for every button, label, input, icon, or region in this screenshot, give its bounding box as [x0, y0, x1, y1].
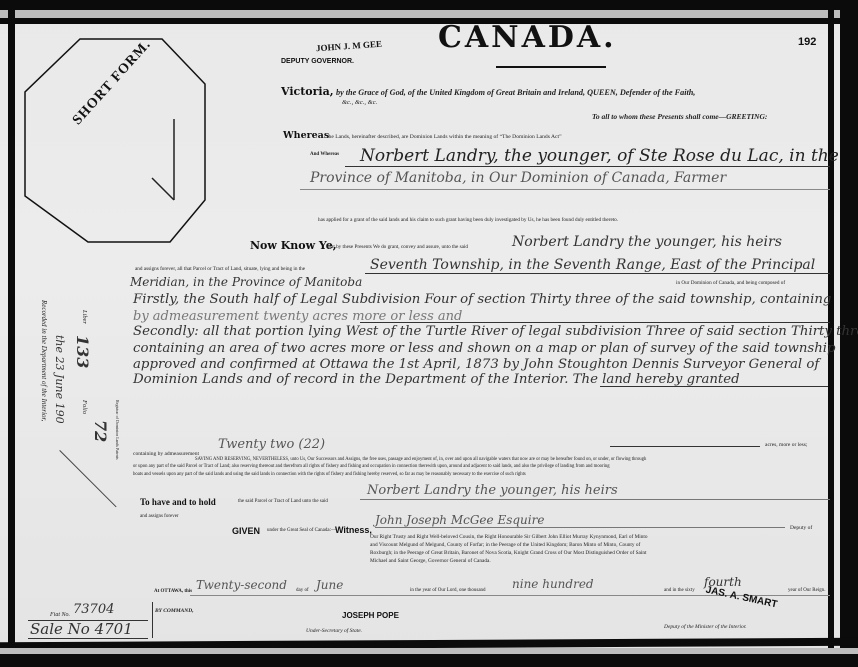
title-ornament — [496, 66, 606, 68]
whereas-heading: Whereas — [283, 130, 329, 141]
bottom-border-outer — [0, 654, 858, 667]
now-know-ye-grantee: Norbert Landry the younger, his heirs — [512, 234, 782, 250]
year-value: nine hundred — [512, 577, 594, 591]
victoria-heading: Victoria, — [281, 85, 334, 98]
description-line: containing an area of two acres more or … — [133, 341, 836, 356]
at-ottawa-label: At OTTAWA, this — [154, 589, 192, 594]
document-title: CANADA. — [438, 20, 617, 55]
description-line: approved and confirmed at Ottawa the 1st… — [133, 357, 819, 372]
dominion-text: in Our Dominion of Canada, and being com… — [676, 280, 785, 286]
location-line-2: Meridian, in the Province of Manitoba — [130, 275, 362, 289]
secretary-title: Under-Secretary of State. — [306, 628, 362, 634]
description-line: Dominion Lands and of record in the Depa… — [133, 372, 740, 387]
reign-suffix: year of Our Reign. — [788, 588, 826, 593]
containing-suffix: acres, more or less; — [765, 442, 807, 448]
containing-label: containing by admeasurement — [133, 451, 199, 457]
now-know-ye-heading: Now Know Ye, — [250, 239, 337, 252]
and-whereas-label: And Whereas — [310, 152, 339, 157]
description-rule — [360, 322, 830, 323]
deputy-of-label: Deputy of — [790, 525, 812, 531]
diagonal-line — [59, 450, 116, 507]
description-line: Firstly, the South half of Legal Subdivi… — [133, 292, 831, 307]
left-border — [8, 0, 15, 667]
secretary-name: JOSEPH POPE — [342, 611, 399, 620]
witness-label: Witness, — [335, 525, 372, 535]
to-have-heading: To have and to hold — [140, 497, 216, 507]
preamble-etc: &c., &c., &c. — [342, 99, 377, 106]
grantee-line-1: Norbert Landry, the younger, of Ste Rose… — [360, 146, 839, 166]
top-border-strip — [0, 10, 858, 18]
greeting-line: To all to whom these Presents shall come… — [592, 112, 767, 121]
witness-rule — [375, 527, 785, 528]
preamble-line: by the Grace of God, of the United Kingd… — [336, 88, 695, 97]
location-line-1: Seventh Township, in the Seventh Range, … — [370, 257, 815, 273]
saving-line: SAVING AND RESERVING, NEVERTHELESS, unto… — [195, 457, 646, 462]
whereas-text: the Lands, hereinafter described, are Do… — [327, 134, 562, 140]
liber-value: 133 — [73, 335, 92, 368]
assigns-text: and assigns forever, all that Parcel or … — [135, 266, 305, 272]
recorded-label: Recorded in the Department of the Interi… — [40, 300, 48, 421]
location-rule-1 — [365, 273, 830, 274]
top-border-inner — [0, 18, 858, 24]
given-heading: GIVEN — [232, 526, 260, 536]
page-number: 192 — [798, 36, 816, 48]
fiat-label: Fiat No. — [50, 612, 70, 618]
day-value: Twenty-second — [196, 578, 287, 592]
saving-line: boats and vessels upon any part of the s… — [133, 472, 526, 477]
by-command-label: BY COMMAND, — [155, 608, 194, 614]
applied-text: has applied for a grant of the said land… — [318, 217, 618, 223]
patent-document: SHORT FORM. JOHN J. M GEE DEPUTY GOVERNO… — [0, 0, 858, 667]
reign-text: and in the sixty — [664, 588, 695, 593]
given-text: under the Great Seal of Canada:— — [267, 528, 336, 533]
liber-label: Liber — [81, 310, 88, 324]
registrar-label: Registrar of Dominion Lands Patents — [115, 400, 120, 460]
to-have-rule — [360, 499, 830, 500]
now-know-ye-text: that by these Presents We do grant, conv… — [327, 244, 468, 250]
year-text: in the year of Our Lord, one thousand — [410, 588, 486, 593]
day-of-label: day of — [296, 588, 309, 593]
description-line: Secondly: all that portion lying West of… — [133, 324, 858, 339]
footer-bracket — [148, 602, 153, 638]
deputy-minister-title: Deputy of the Minister of the Interior. — [664, 624, 747, 630]
saving-line: or upon any part of the said Parcel or T… — [133, 464, 610, 469]
folio-value: 72 — [91, 420, 110, 442]
witness-name: John Joseph McGee Esquire — [375, 513, 544, 527]
governor-line: Michael and Saint George, Governor Gener… — [370, 558, 491, 564]
grantee-rule-2 — [300, 189, 830, 190]
governor-line: Our Right Trusty and Right Well-beloved … — [370, 534, 648, 540]
governor-line: and Viscount Melgund of Melgund, County … — [370, 542, 640, 548]
to-have-assigns: and assigns forever — [140, 514, 179, 519]
fiat-value: 73704 — [73, 602, 114, 617]
containing-value: Twenty two (22) — [218, 437, 325, 452]
folio-label: Folio — [81, 400, 88, 414]
recorded-date: the 23 June 190 — [53, 335, 66, 424]
to-have-grantee: Norbert Landry the younger, his heirs — [367, 483, 618, 498]
top-border — [0, 0, 858, 10]
governor-line: Roxburgh; in the Peerage of Great Britai… — [370, 550, 646, 556]
sale-rule — [28, 638, 148, 639]
sale-number: Sale No 4701 — [30, 620, 133, 638]
containing-rule — [610, 446, 760, 447]
month-value: June — [316, 578, 343, 592]
description-rule-end — [600, 386, 828, 387]
grantee-rule-1 — [345, 166, 830, 167]
to-have-text: the said Parcel or Tract of Land unto th… — [238, 499, 328, 504]
deputy-governor-signature: JOHN J. M GEE — [316, 39, 383, 54]
grantee-line-2: Province of Manitoba, in Our Dominion of… — [310, 170, 726, 186]
recorded-in-department: Recorded in the Department of the Interi… — [40, 300, 48, 421]
deputy-governor-label: DEPUTY GOVERNOR. — [281, 58, 354, 65]
